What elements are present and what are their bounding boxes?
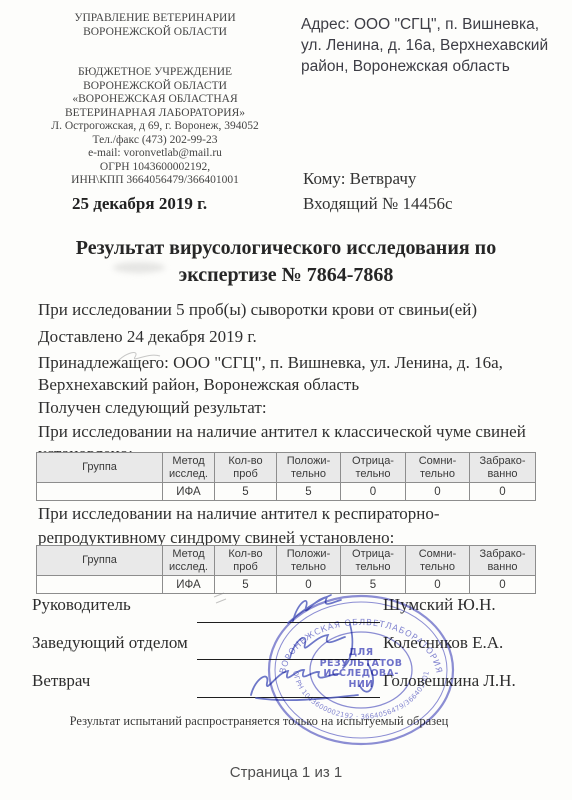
col-header-method: Метод исслед.	[163, 453, 215, 483]
table-cell	[37, 483, 163, 501]
table-cell: 0	[406, 576, 470, 594]
stamp-center-text: ДЛЯ РЕЗУЛЬТАТОВ ИССЛЕДОВА- НИИ	[311, 648, 411, 690]
col-header-positive: Положи- тельно	[277, 453, 341, 483]
table-header-row: Группа Метод исслед. Кол-во проб Положи-…	[37, 453, 536, 483]
col-header-positive: Положи- тельно	[277, 546, 341, 576]
results-table-csf: Группа Метод исслед. Кол-во проб Положи-…	[36, 452, 536, 501]
signature-role-director: Руководитель	[32, 595, 131, 615]
table-cell: ИФА	[163, 483, 215, 501]
recipient-address: Адрес: ООО "СГЦ", п. Вишневка, ул. Ленин…	[301, 14, 569, 77]
document-title: Результат вирусологического исследования…	[20, 235, 552, 289]
col-header-doubtful: Сомни- тельно	[406, 453, 470, 483]
letterhead-organization: БЮДЖЕТНОЕ УЧРЕЖДЕНИЕ ВОРОНЕЖСКОЙ ОБЛАСТИ…	[34, 66, 276, 120]
recipient-line: Кому: Ветврачу	[303, 169, 416, 189]
pen-mark	[214, 593, 226, 603]
table-row: ИФА 5 5 0 0 0	[37, 483, 536, 501]
body-result-intro: Получен следующий результат:	[38, 397, 543, 419]
col-header-group: Группа	[37, 453, 163, 483]
table-cell: 0	[341, 483, 406, 501]
body-delivered-line: Доставлено 24 декабря 2019 г.	[38, 326, 543, 348]
col-header-negative: Отрица- тельно	[341, 453, 406, 483]
results-table-prrs: Группа Метод исслед. Кол-во проб Положи-…	[36, 545, 536, 594]
table-cell: 0	[470, 576, 536, 594]
col-header-count: Кол-во проб	[215, 546, 277, 576]
table-cell: ИФА	[163, 576, 215, 594]
col-header-count: Кол-во проб	[215, 453, 277, 483]
table-cell: 5	[215, 576, 277, 594]
incoming-number: Входящий № 14456с	[303, 194, 453, 214]
body-test2-intro: При исследовании на наличие антител к ре…	[38, 502, 543, 550]
col-header-rejected: Забрако- ванно	[470, 546, 536, 576]
body-owner-line: Принадлежащего: ООО "СГЦ", п. Вишневка, …	[38, 352, 543, 395]
scanned-lab-report-page: УПРАВЛЕНИЕ ВЕТЕРИНАРИИ ВОРОНЕЖСКОЙ ОБЛАС…	[0, 0, 572, 800]
page-number: Страница 1 из 1	[0, 764, 572, 781]
signature-role-vet: Ветврач	[32, 671, 90, 691]
table-cell	[37, 576, 163, 594]
table-cell: 5	[341, 576, 406, 594]
table-cell: 5	[215, 483, 277, 501]
col-header-group: Группа	[37, 546, 163, 576]
table-cell: 5	[277, 483, 341, 501]
body-samples-line: При исследовании 5 проб(ы) сыворотки кро…	[38, 299, 543, 321]
col-header-negative: Отрица- тельно	[341, 546, 406, 576]
letterhead: УПРАВЛЕНИЕ ВЕТЕРИНАРИИ ВОРОНЕЖСКОЙ ОБЛАС…	[34, 12, 276, 188]
col-header-method: Метод исслед.	[163, 546, 215, 576]
table-header-row: Группа Метод исслед. Кол-во проб Положи-…	[37, 546, 536, 576]
document-date: 25 декабря 2019 г.	[72, 194, 207, 214]
table-cell: 0	[406, 483, 470, 501]
signature-role-dept-head: Заведующий отделом	[32, 633, 188, 653]
col-header-rejected: Забрако- ванно	[470, 453, 536, 483]
col-header-doubtful: Сомни- тельно	[406, 546, 470, 576]
laboratory-stamp: ВОРОНЕЖСКАЯ ОБЛВЕТЛАБОРАТОРИЯ ОГРН 10436…	[266, 593, 456, 747]
letterhead-contacts: Л. Острогожская, д 69, г. Воронеж, 39405…	[34, 120, 276, 188]
table-cell: 0	[277, 576, 341, 594]
table-row: ИФА 5 0 5 0 0	[37, 576, 536, 594]
table-cell: 0	[470, 483, 536, 501]
letterhead-authority: УПРАВЛЕНИЕ ВЕТЕРИНАРИИ ВОРОНЕЖСКОЙ ОБЛАС…	[34, 12, 276, 39]
